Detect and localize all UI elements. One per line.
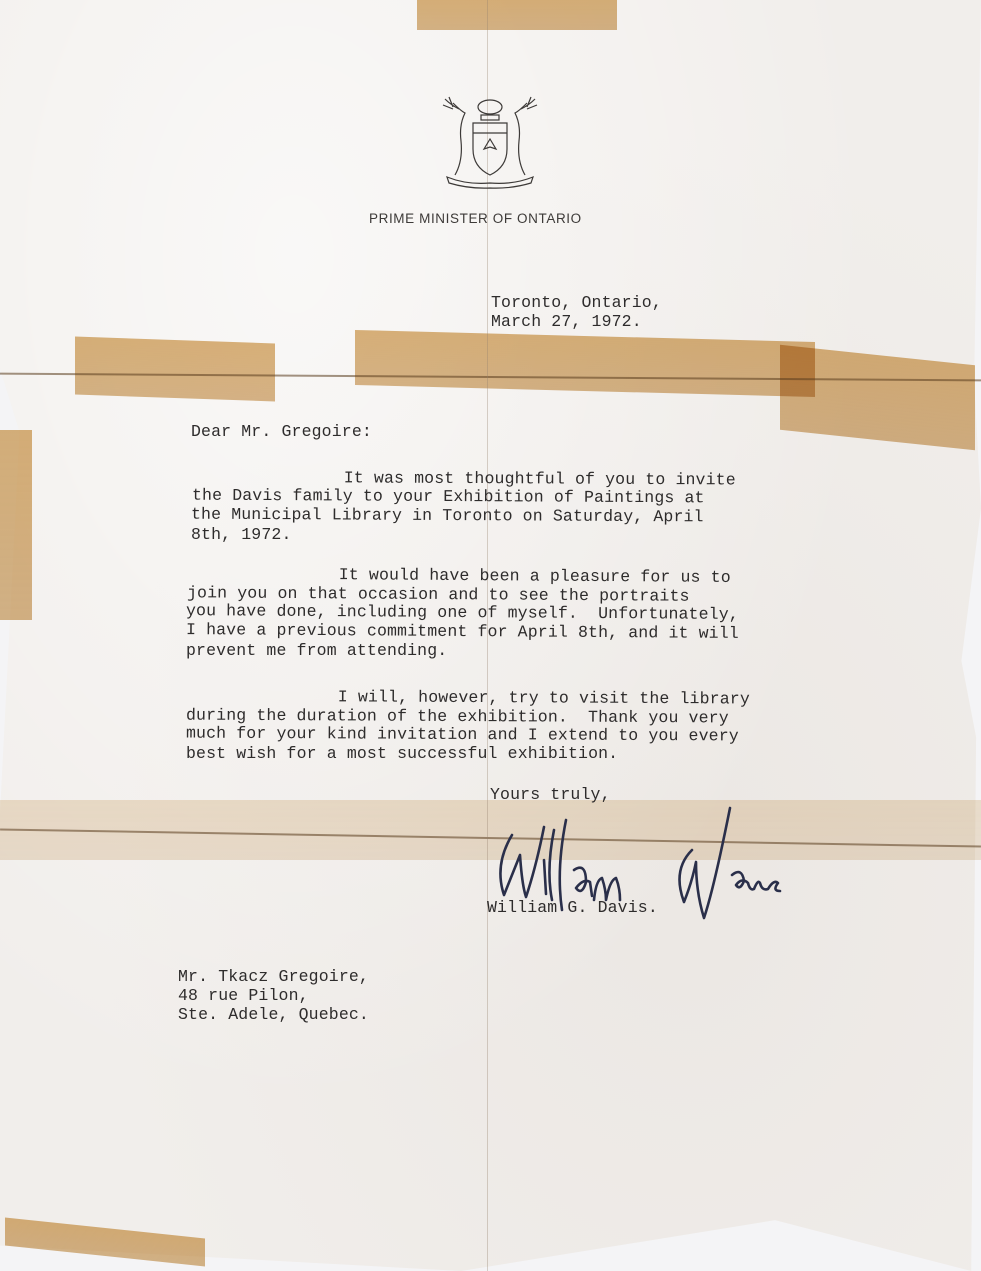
tape-top: [417, 0, 617, 30]
salutation: Dear Mr. Gregoire:: [191, 423, 372, 442]
body-line: much for your kind invitation and I exte…: [186, 725, 739, 746]
address-line: Mr. Tkacz Gregoire,: [178, 968, 369, 987]
letterhead-title: PRIME MINISTER OF ONTARIO: [369, 211, 582, 226]
tape-left-edge: [0, 430, 32, 620]
signatory-name: William G. Davis.: [487, 899, 658, 918]
address-line: 48 rue Pilon,: [178, 987, 309, 1006]
body-line: prevent me from attending.: [186, 642, 447, 661]
body-line: best wish for a most successful exhibiti…: [186, 745, 618, 764]
tape-fold-upper-left: [75, 337, 275, 402]
dateline-place: Toronto, Ontario,: [491, 294, 662, 313]
dateline-date: March 27, 1972.: [491, 313, 642, 332]
address-line: Ste. Adele, Quebec.: [178, 1006, 369, 1025]
body-line: the Municipal Library in Toronto on Satu…: [191, 506, 704, 527]
ontario-coat-of-arms-icon: [435, 95, 545, 191]
body-line: 8th, 1972.: [191, 526, 292, 545]
